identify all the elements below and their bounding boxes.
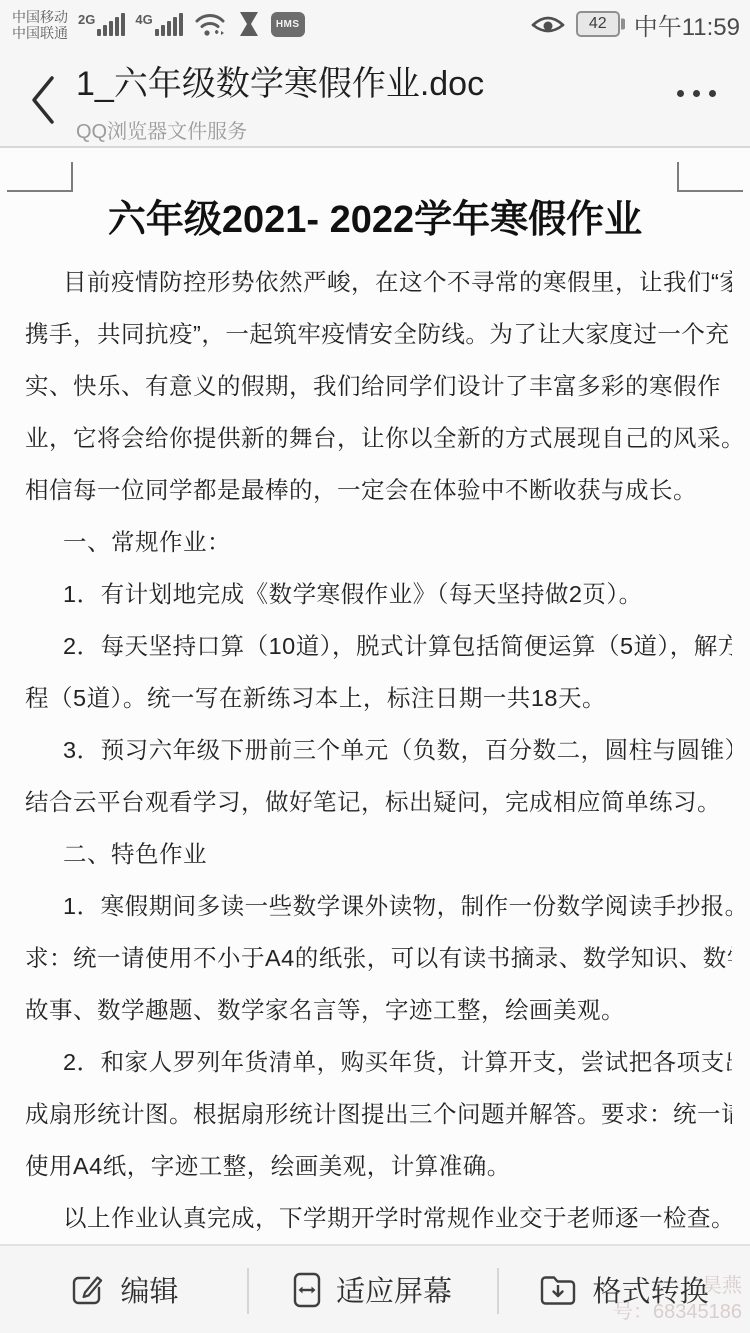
doc-line: 相信每一位同学都是最棒的，一定会在体验中不断收获与成长。: [25, 464, 732, 516]
eye-comfort-icon: [530, 10, 566, 38]
phone-screen: 中国移动 中国联通 2G 4G: [0, 0, 750, 1333]
doc-line: 1．有计划地完成《数学寒假作业》（每天坚持做2页）。: [25, 568, 732, 620]
doc-line: 目前疫情防控形势依然严峻，在这个不寻常的寒假里，让我们“家校: [25, 256, 732, 308]
doc-line: 使用A4纸，字迹工整，绘画美观，计算准确。: [25, 1140, 732, 1192]
file-source-subtitle: QQ浏览器文件服务: [76, 115, 636, 144]
doc-line: 业，它将会给你提供新的舞台，让你以全新的方式展现自己的风采。: [25, 412, 732, 464]
doc-line: 一、常规作业：: [25, 516, 732, 568]
folder-download-icon: [538, 1272, 578, 1308]
doc-line: 求：统一请使用不小于A4的纸张，可以有读书摘录、数学知识、数学: [25, 932, 732, 984]
signal-2g: 2G: [78, 10, 125, 38]
doc-line: 以上作业认真完成，下学期开学时常规作业交于老师逐一检查。优: [25, 1192, 732, 1244]
status-right-cluster: 42 中午11:59: [530, 7, 740, 42]
battery-icon: 42: [576, 11, 620, 37]
hms-badge-icon: HMS: [271, 12, 305, 37]
doc-line: 程（5道）。统一写在新练习本上，标注日期一共18天。: [25, 672, 732, 724]
doc-line: 故事、数学趣题、数学家名言等，字迹工整，绘画美观。: [25, 984, 732, 1036]
clock-time: 中午11:59: [634, 7, 740, 42]
fit-screen-button[interactable]: 适应屏幕: [247, 1246, 497, 1333]
carrier-labels: 中国移动 中国联通: [12, 7, 68, 41]
toolbar-divider: [247, 1268, 249, 1314]
document-body: 目前疫情防控形势依然严峻，在这个不寻常的寒假里，让我们“家校 携手，共同抗疫”，…: [0, 256, 750, 1244]
carrier-name-1: 中国移动: [12, 9, 68, 25]
signal-bars-icon: [97, 14, 125, 38]
wifi-icon: [193, 10, 227, 38]
back-button[interactable]: [26, 72, 60, 128]
format-convert-button-label: 格式转换: [592, 1269, 708, 1310]
edit-button[interactable]: 编辑: [0, 1246, 247, 1333]
format-convert-button[interactable]: 格式转换: [497, 1246, 750, 1333]
more-menu-button[interactable]: [677, 90, 716, 97]
edit-button-label: 编辑: [120, 1269, 178, 1310]
doc-line: 2．每天坚持口算（10道），脱式计算包括简便运算（5道），解方: [25, 620, 732, 672]
network-type-label-2: 4G: [135, 12, 152, 27]
carrier-name-2: 中国联通: [12, 25, 68, 41]
document-title: 六年级2021- 2022学年寒假作业: [0, 188, 750, 243]
fit-screen-button-label: 适应屏幕: [336, 1269, 452, 1310]
doc-line: 3．预习六年级下册前三个单元（负数，百分数二，圆柱与圆锥），: [25, 724, 732, 776]
edit-pencil-icon: [68, 1271, 106, 1309]
doc-line: 实、快乐、有意义的假期，我们给同学们设计了丰富多彩的寒假作: [25, 360, 732, 412]
file-title: 1_六年级数学寒假作业.doc: [76, 56, 636, 105]
doc-line: 成扇形统计图。根据扇形统计图提出三个问题并解答。要求：统一请: [25, 1088, 732, 1140]
app-header: 1_六年级数学寒假作业.doc QQ浏览器文件服务: [0, 48, 750, 148]
fit-screen-icon: [292, 1270, 322, 1310]
signal-bars-icon: [155, 14, 183, 38]
signal-4g: 4G: [135, 10, 182, 38]
doc-line: 结合云平台观看学习，做好笔记，标出疑问，完成相应简单练习。: [25, 776, 732, 828]
doc-line: 二、特色作业: [25, 828, 732, 880]
status-left-cluster: 中国移动 中国联通 2G 4G: [12, 7, 305, 41]
doc-line: 1．寒假期间多读一些数学课外读物，制作一份数学阅读手抄报。要: [25, 880, 732, 932]
document-viewport[interactable]: 六年级2021- 2022学年寒假作业 目前疫情防控形势依然严峻，在这个不寻常的…: [0, 150, 750, 1244]
status-bar: 中国移动 中国联通 2G 4G: [0, 0, 750, 48]
toolbar-divider: [497, 1268, 499, 1314]
doc-line: 携手，共同抗疫”，一起筑牢疫情安全防线。为了让大家度过一个充: [25, 308, 732, 360]
battery-percent: 42: [589, 15, 607, 33]
header-titles: 1_六年级数学寒假作业.doc QQ浏览器文件服务: [76, 56, 636, 144]
doc-line: 2．和家人罗列年货清单，购买年货，计算开支，尝试把各项支出做: [25, 1036, 732, 1088]
hourglass-icon: [237, 10, 261, 38]
bottom-toolbar: 编辑 适应屏幕 格式转换: [0, 1244, 750, 1333]
network-type-label-1: 2G: [78, 12, 95, 27]
